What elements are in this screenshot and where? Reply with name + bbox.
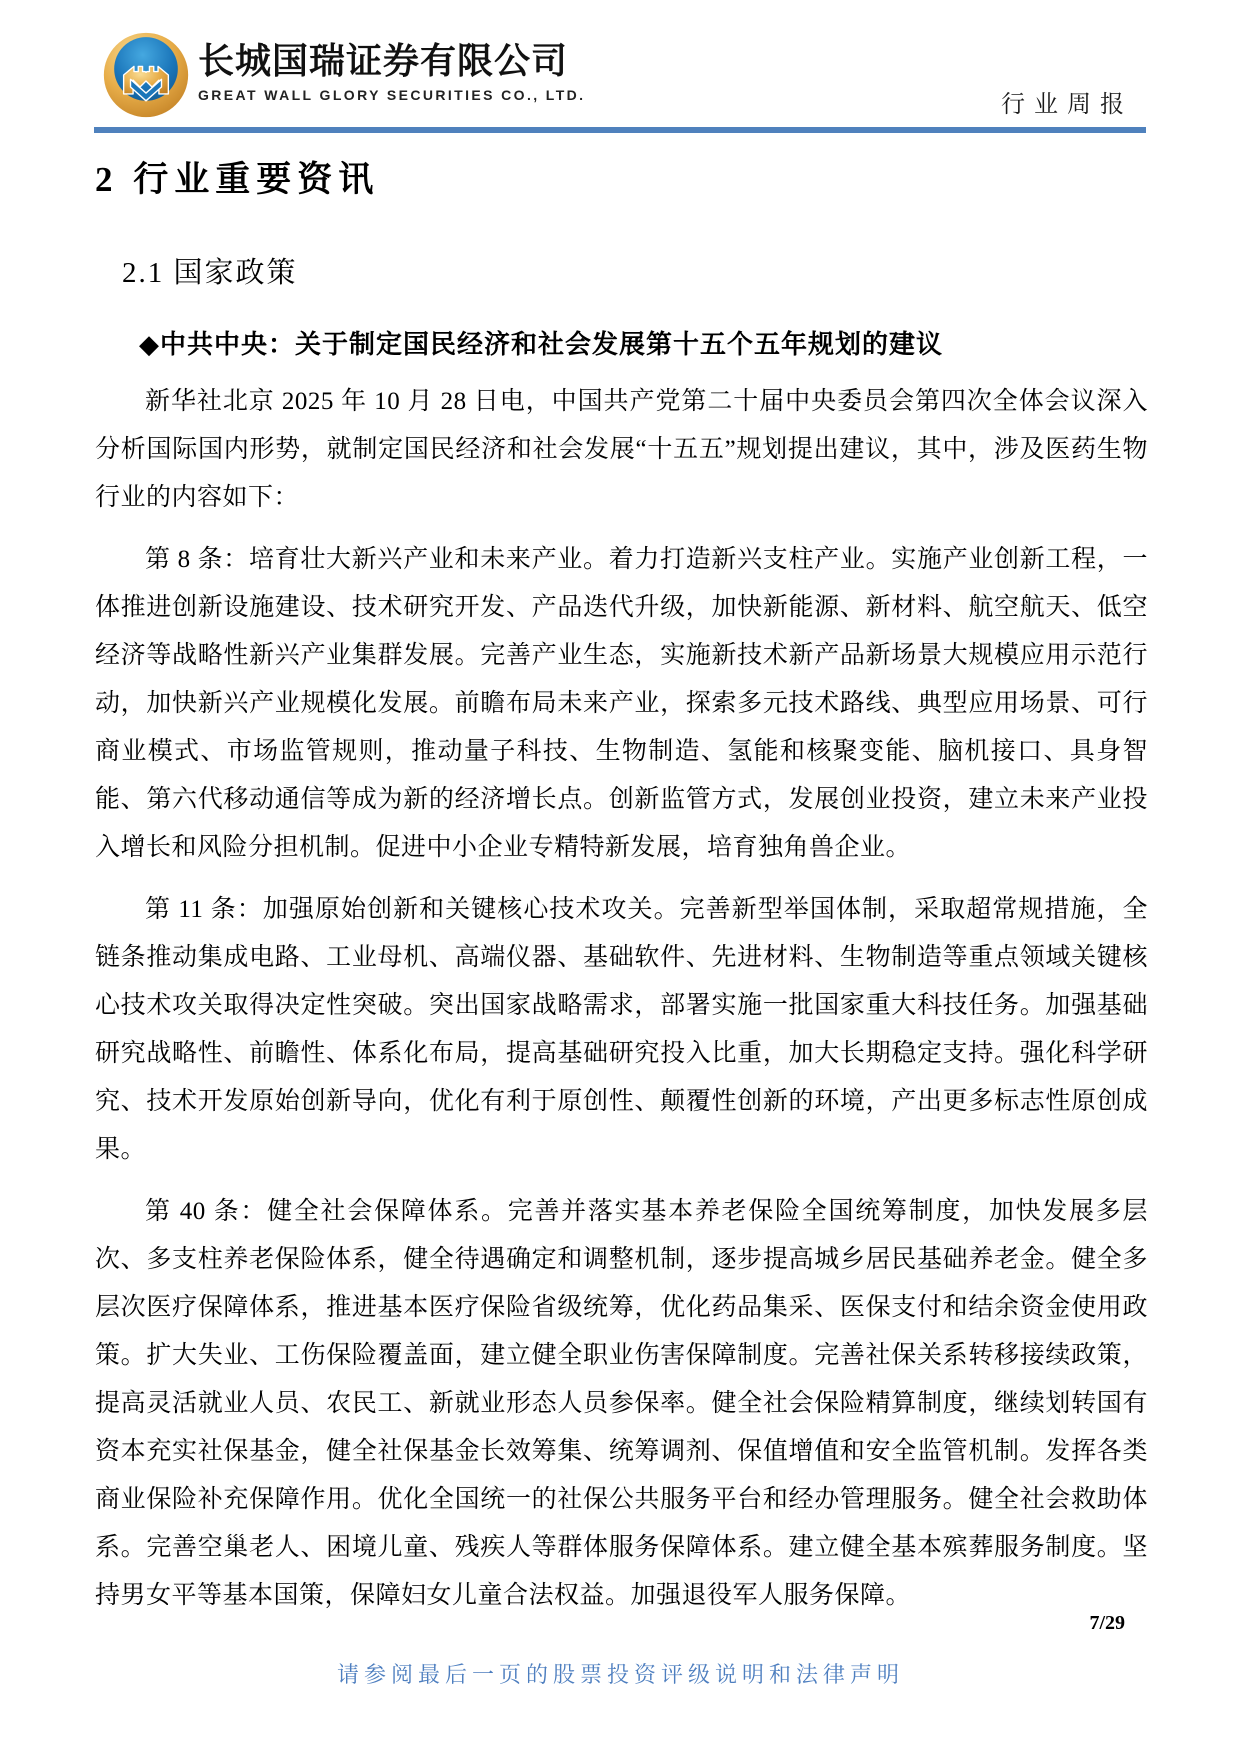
paragraph-article-40: 第 40 条：健全社会保障体系。完善并落实基本养老保险全国统筹制度，加快发展多层… bbox=[95, 1188, 1148, 1620]
footer-disclaimer: 请参阅最后一页的股票投资评级说明和法律声明 bbox=[0, 1658, 1241, 1689]
company-name-en: GREAT WALL GLORY SECURITIES CO., LTD. bbox=[198, 86, 585, 104]
paragraph-article-11: 第 11 条：加强原始创新和关键核心技术攻关。完善新型举国体制，采取超常规措施，… bbox=[95, 886, 1148, 1174]
report-page: 长城国瑞证券有限公司 GREAT WALL GLORY SECURITIES C… bbox=[0, 0, 1241, 1754]
article-heading: ◆中共中央：关于制定国民经济和社会发展第十五个五年规划的建议 bbox=[139, 328, 1148, 362]
paragraph-intro: 新华社北京 2025 年 10 月 28 日电，中国共产党第二十届中央委员会第四… bbox=[95, 378, 1148, 522]
diamond-bullet-icon: ◆ bbox=[139, 330, 160, 359]
page-number: 7/29 bbox=[1089, 1612, 1125, 1635]
paragraph-article-8: 第 8 条：培育壮大新兴产业和未来产业。着力打造新兴支柱产业。实施产业创新工程，… bbox=[95, 536, 1148, 872]
company-brand: 长城国瑞证券有限公司 GREAT WALL GLORY SECURITIES C… bbox=[198, 40, 585, 104]
company-logo-icon bbox=[103, 31, 189, 119]
document-body: 2 行业重要资讯 2.1 国家政策 ◆中共中央：关于制定国民经济和社会发展第十五… bbox=[95, 158, 1148, 1634]
report-type-label: 行业周报 bbox=[1001, 84, 1133, 119]
article-title: 中共中央：关于制定国民经济和社会发展第十五个五年规划的建议 bbox=[160, 330, 943, 359]
header-divider bbox=[94, 127, 1146, 133]
section-heading: 2 行业重要资讯 bbox=[95, 158, 1148, 202]
company-name-cn: 长城国瑞证券有限公司 bbox=[198, 40, 585, 82]
subsection-heading: 2.1 国家政策 bbox=[122, 254, 1148, 292]
